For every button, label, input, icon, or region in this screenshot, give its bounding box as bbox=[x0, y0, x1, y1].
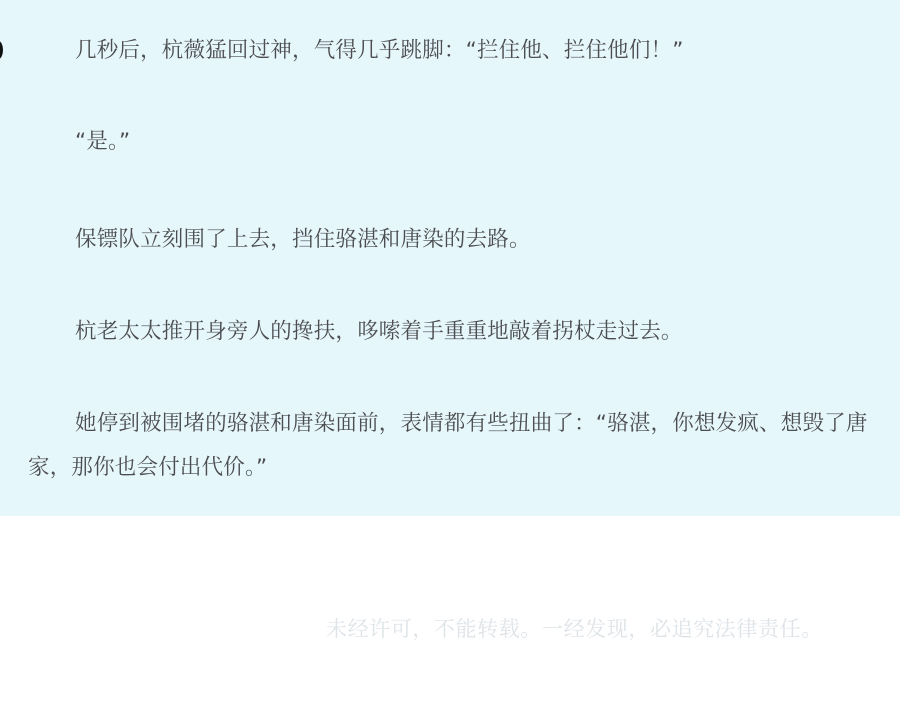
paragraph: 杭老太太推开身旁人的搀扶，哆嗦着手重重地敲着拐杖走过去。 bbox=[28, 310, 878, 354]
paragraph: 几秒后，杭薇猛回过神，气得几乎跳脚：“拦住他、拦住他们！” bbox=[28, 29, 878, 73]
story-text-panel: 几秒后，杭薇猛回过神，气得几乎跳脚：“拦住他、拦住他们！” “是。” 保镖队立刻… bbox=[0, 0, 900, 516]
edge-mark-icon bbox=[0, 41, 3, 59]
paragraph: 她停到被围堵的骆湛和唐染面前，表情都有些扭曲了：“骆湛，你想发疯、想毁了唐家，那… bbox=[28, 402, 878, 490]
paragraph: “是。” bbox=[28, 120, 878, 164]
copyright-watermark: 未经许可，不能转载。一经发现，必追究法律责任。 bbox=[326, 612, 823, 646]
paragraph: 保镖队立刻围了上去，挡住骆湛和唐染的去路。 bbox=[28, 218, 878, 262]
